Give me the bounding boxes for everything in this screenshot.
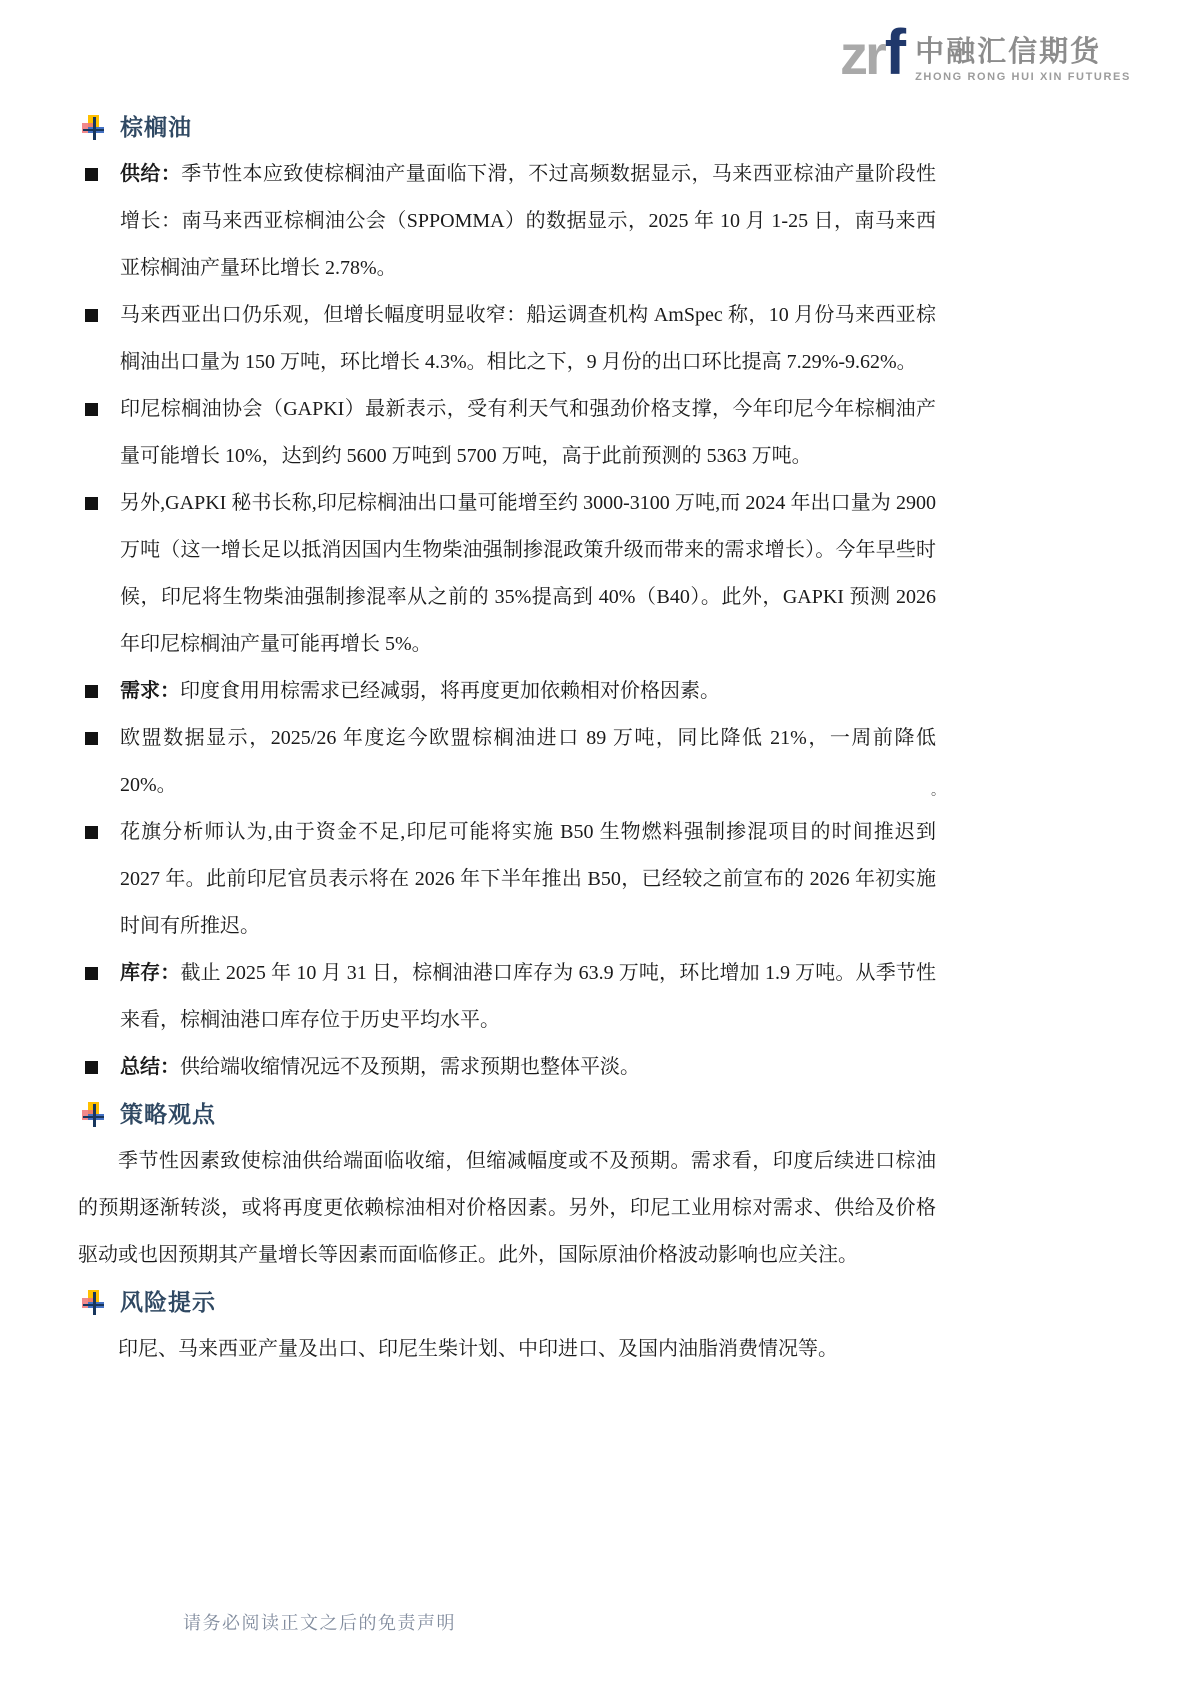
report-page: zrf 中融汇信期货 ZHONG RONG HUI XIN FUTURES 棕榈…	[0, 0, 1190, 1683]
bullet-item-gapki-export: 另外,GAPKI 秘书长称,印尼棕榈油出口量可能增至约 3000-3100 万吨…	[78, 480, 936, 668]
bullet-square-icon	[85, 967, 98, 980]
section-heading-palm-oil: 棕榈油	[78, 104, 936, 151]
bullet-body: 另外,GAPKI 秘书长称,印尼棕榈油出口量可能增至约 3000-3100 万吨…	[120, 492, 936, 655]
bullet-square-icon	[85, 168, 98, 181]
bullet-body: 欧盟数据显示，2025/26 年度迄今欧盟棕榈油进口 89 万吨，同比降低 21…	[120, 727, 936, 796]
bullet-square-icon	[85, 403, 98, 416]
bullet-square-icon	[85, 732, 98, 745]
section-heading-risk: 风险提示	[78, 1279, 936, 1326]
stray-period-mark: 。	[931, 785, 945, 799]
bullet-item-summary: 总结：供给端收缩情况远不及预期，需求预期也整体平淡。	[78, 1044, 936, 1091]
bullet-item-eu-import: 欧盟数据显示，2025/26 年度迄今欧盟棕榈油进口 89 万吨，同比降低 21…	[78, 715, 936, 809]
company-logo: zrf 中融汇信期货 ZHONG RONG HUI XIN FUTURES	[840, 20, 1131, 102]
bullet-body: 季节性本应致使棕榈油产量面临下滑，不过高频数据显示，马来西亚棕油产量阶段性增长：…	[120, 163, 936, 279]
bullet-body: 马来西亚出口仍乐观，但增长幅度明显收窄：船运调查机构 AmSpec 称，10 月…	[120, 304, 936, 373]
bullet-square-icon	[85, 826, 98, 839]
bullet-item-supply: 供给：季节性本应致使棕榈油产量面临下滑，不过高频数据显示，马来西亚棕油产量阶段性…	[78, 151, 936, 292]
section-title: 风险提示	[120, 1279, 216, 1326]
bullet-item-demand: 需求：印度食用用棕需求已经减弱，将再度更加依赖相对价格因素。	[78, 668, 936, 715]
bullet-body: 截止 2025 年 10 月 31 日，棕榈油港口库存为 63.9 万吨，环比增…	[120, 962, 936, 1031]
section-anchor-icon	[82, 115, 106, 141]
logo-zrf-mark: zrf	[840, 20, 906, 102]
logo-company-tagline: ZHONG RONG HUI XIN FUTURES	[915, 71, 1131, 83]
bullet-body: 印度食用用棕需求已经减弱，将再度更加依赖相对价格因素。	[180, 680, 720, 702]
bullet-text: 花旗分析师认为,由于资金不足,印尼可能将实施 B50 生物燃料强制掺混项目的时间…	[120, 809, 936, 950]
bullet-lead: 总结：	[120, 1056, 180, 1078]
risk-paragraph: 印尼、马来西亚产量及出口、印尼生柴计划、中印进口、及国内油脂消费情况等。	[78, 1326, 936, 1373]
bullet-text: 需求：印度食用用棕需求已经减弱，将再度更加依赖相对价格因素。	[120, 668, 936, 715]
bullet-item-gapki-output: 印尼棕榈油协会（GAPKI）最新表示，受有利天气和强劲价格支撑，今年印尼今年棕榈…	[78, 386, 936, 480]
bullet-square-icon	[85, 1061, 98, 1074]
bullet-square-icon	[85, 497, 98, 510]
bullet-body: 花旗分析师认为,由于资金不足,印尼可能将实施 B50 生物燃料强制掺混项目的时间…	[120, 821, 936, 937]
section-heading-strategy: 策略观点	[78, 1091, 936, 1138]
bullet-text: 马来西亚出口仍乐观，但增长幅度明显收窄：船运调查机构 AmSpec 称，10 月…	[120, 292, 936, 386]
bullet-square-icon	[85, 309, 98, 322]
strategy-paragraph: 季节性因素致使棕油供给端面临收缩，但缩减幅度或不及预期。需求看，印度后续进口棕油…	[78, 1138, 936, 1279]
bullet-lead: 库存：	[120, 962, 180, 984]
bullet-square-icon	[85, 685, 98, 698]
bullet-item-citi-b50: 花旗分析师认为,由于资金不足,印尼可能将实施 B50 生物燃料强制掺混项目的时间…	[78, 809, 936, 950]
logo-zr-letters: zr	[840, 23, 884, 86]
footer-disclaimer: 请务必阅读正文之后的免责声明	[183, 1608, 456, 1638]
section-title: 策略观点	[120, 1091, 216, 1138]
bullet-item-malaysia-export: 马来西亚出口仍乐观，但增长幅度明显收窄：船运调查机构 AmSpec 称，10 月…	[78, 292, 936, 386]
section-anchor-icon	[82, 1290, 106, 1316]
bullet-text: 供给：季节性本应致使棕榈油产量面临下滑，不过高频数据显示，马来西亚棕油产量阶段性…	[120, 151, 936, 292]
logo-text-block: 中融汇信期货 ZHONG RONG HUI XIN FUTURES	[915, 20, 1131, 83]
bullet-item-inventory: 库存：截止 2025 年 10 月 31 日，棕榈油港口库存为 63.9 万吨，…	[78, 950, 936, 1044]
bullet-body: 印尼棕榈油协会（GAPKI）最新表示，受有利天气和强劲价格支撑，今年印尼今年棕榈…	[120, 398, 936, 467]
section-anchor-icon	[82, 1102, 106, 1128]
bullet-text: 总结：供给端收缩情况远不及预期，需求预期也整体平淡。	[120, 1044, 936, 1091]
bullet-text: 印尼棕榈油协会（GAPKI）最新表示，受有利天气和强劲价格支撑，今年印尼今年棕榈…	[120, 386, 936, 480]
section-title: 棕榈油	[120, 104, 192, 151]
logo-company-name: 中融汇信期货	[915, 36, 1131, 68]
bullet-text: 库存：截止 2025 年 10 月 31 日，棕榈油港口库存为 63.9 万吨，…	[120, 950, 936, 1044]
bullet-body: 供给端收缩情况远不及预期，需求预期也整体平淡。	[180, 1056, 640, 1078]
bullet-text: 欧盟数据显示，2025/26 年度迄今欧盟棕榈油进口 89 万吨，同比降低 21…	[120, 715, 936, 809]
bullet-text: 另外,GAPKI 秘书长称,印尼棕榈油出口量可能增至约 3000-3100 万吨…	[120, 480, 936, 668]
logo-f-letter: f	[885, 16, 906, 88]
report-body: 棕榈油 供给：季节性本应致使棕榈油产量面临下滑，不过高频数据显示，马来西亚棕油产…	[78, 104, 936, 1373]
bullet-lead: 需求：	[120, 680, 180, 702]
bullet-lead: 供给：	[120, 163, 181, 185]
